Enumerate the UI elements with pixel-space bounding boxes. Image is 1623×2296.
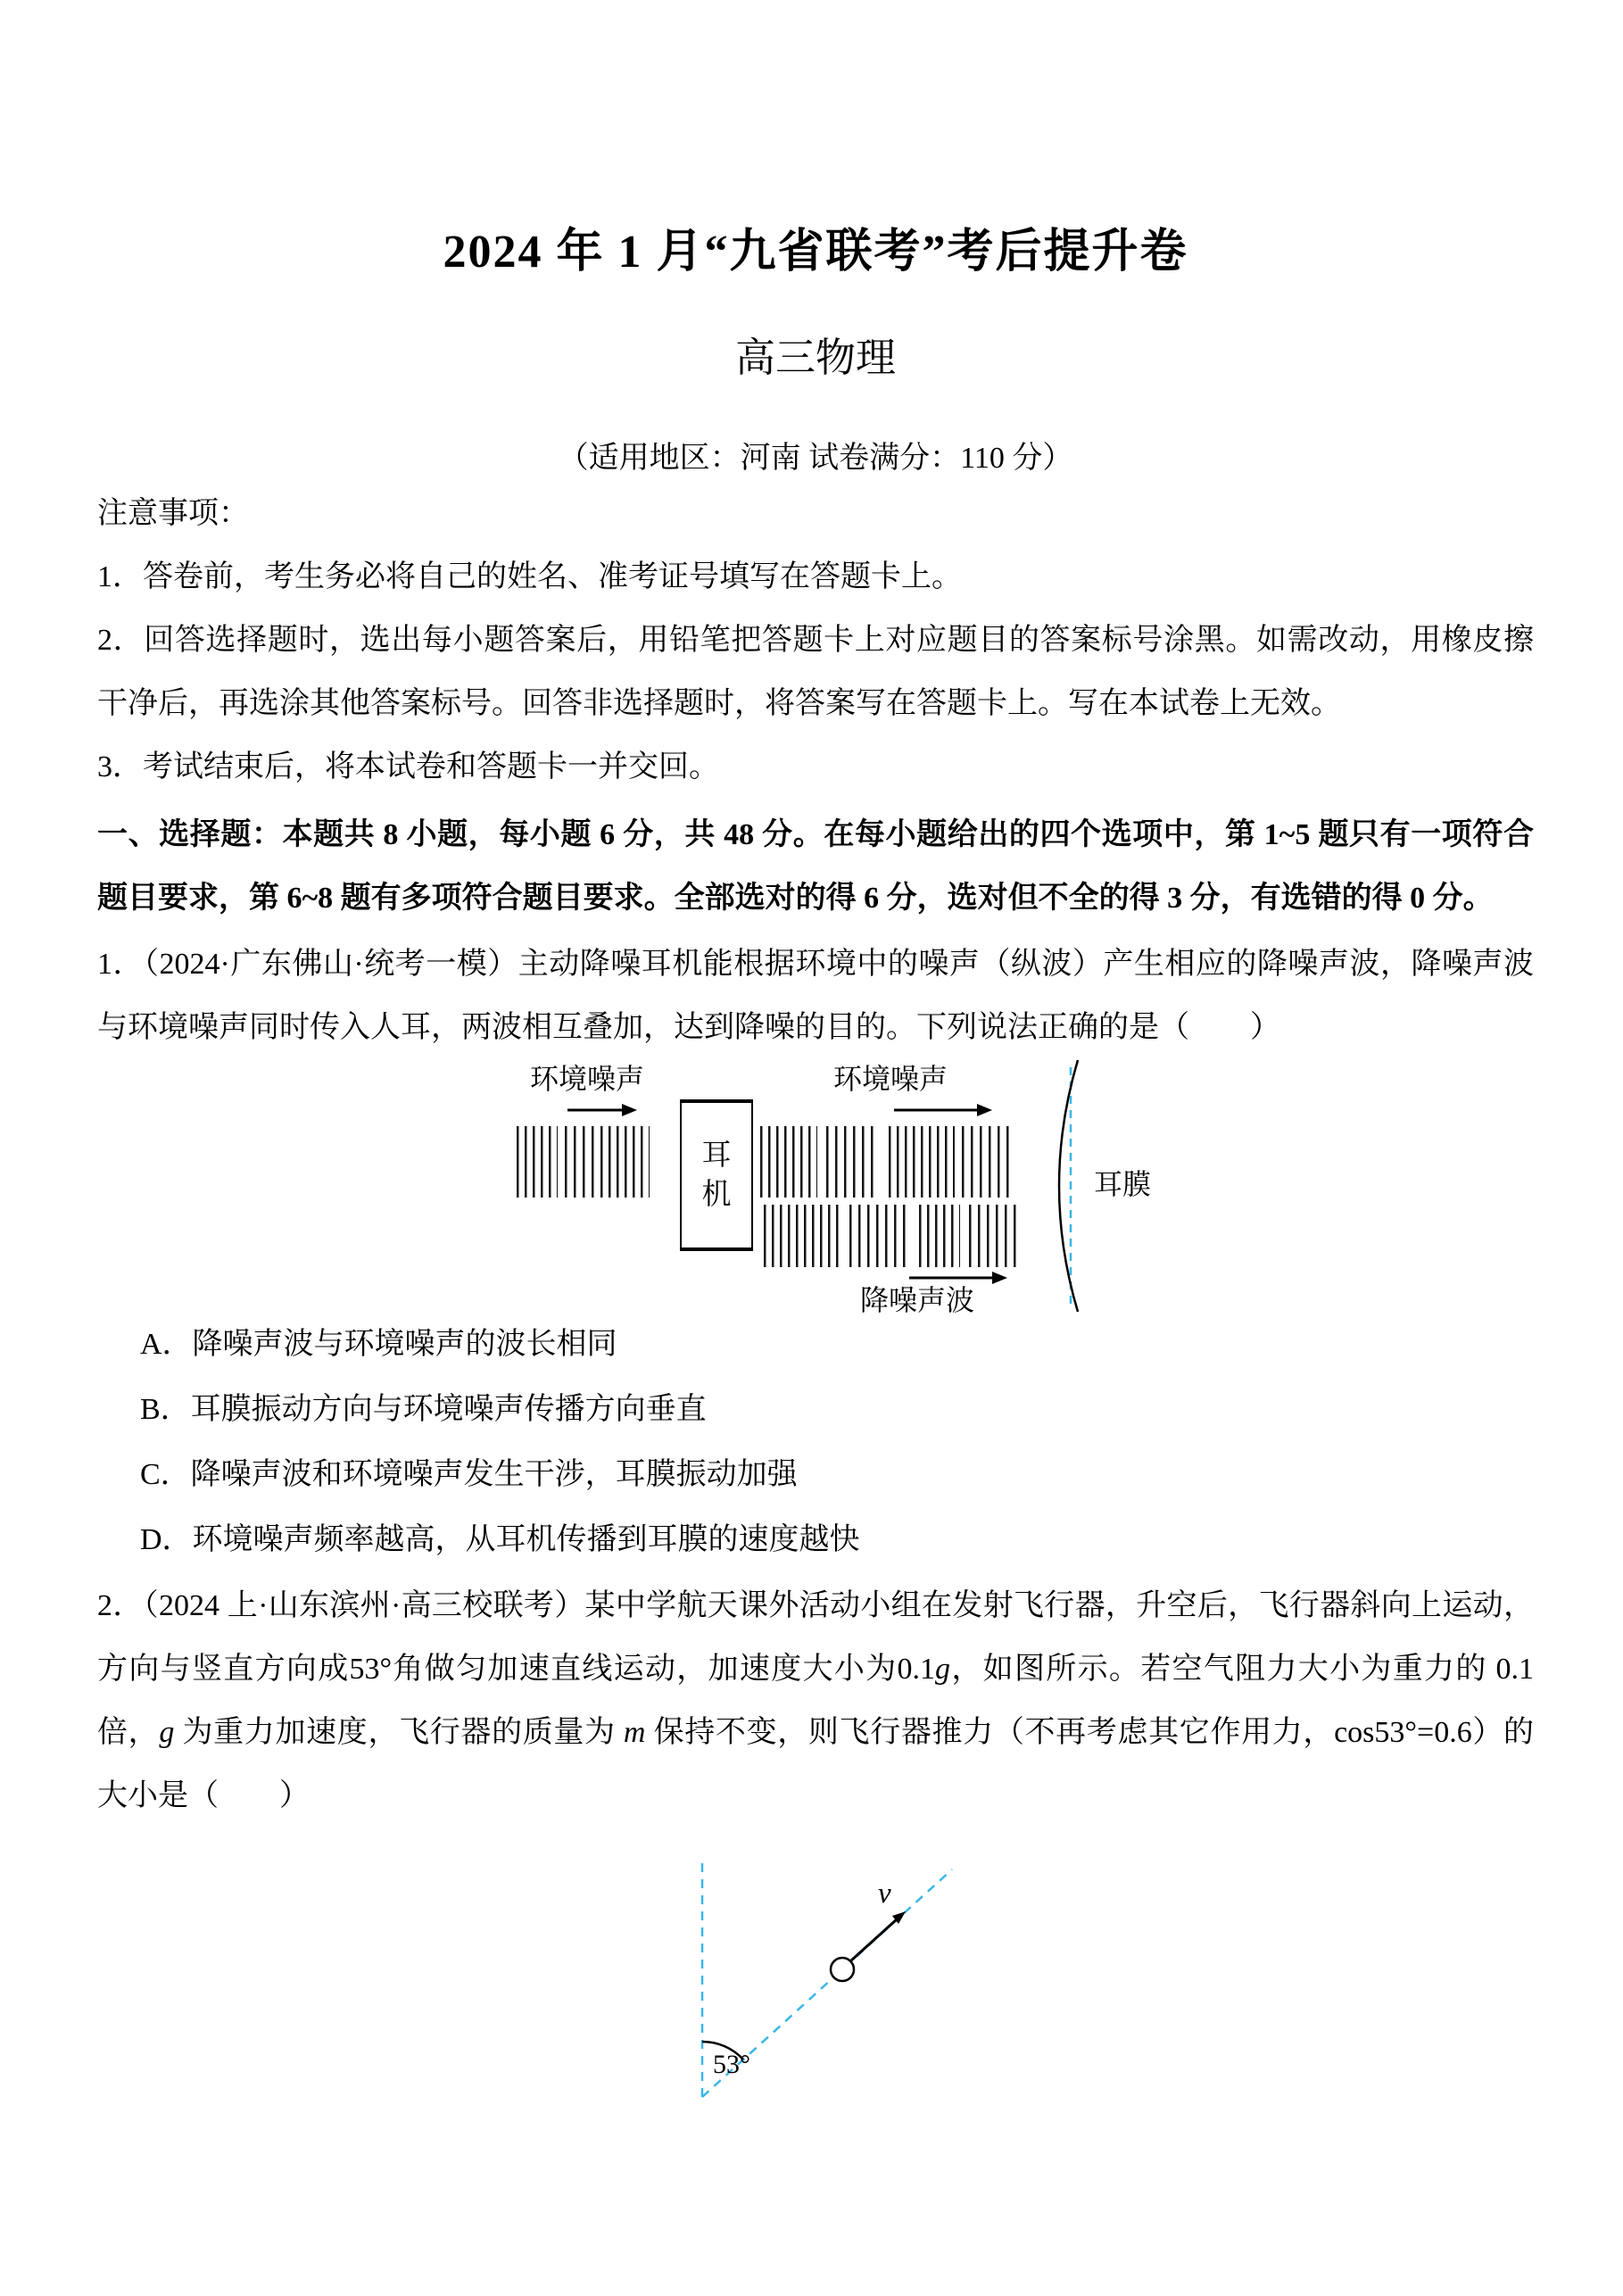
section-1-heading: 一、选择题：本题共 8 小题，每小题 6 分，共 48 分。在每小题给出的四个选…	[97, 803, 1534, 930]
q1-options: A．降噪声波与环境噪声的波长相同 B．耳膜振动方向与环境噪声传播方向垂直 C．降…	[97, 1312, 1534, 1572]
velocity-angle-diagram: 53° v	[658, 1856, 997, 2124]
earphone-char-top: 耳	[702, 1136, 732, 1175]
arrow-right-icon	[909, 1271, 1007, 1285]
eardrum-label: 耳膜	[1094, 1169, 1151, 1199]
denoise-wave-label: 降噪声波	[860, 1285, 974, 1315]
q2-figure: 53° v	[658, 1856, 997, 2124]
q2-variable-g: g	[159, 1716, 174, 1749]
note-item-3: 3．考试结束后，将本试卷和答题卡一并交回。	[97, 735, 1534, 799]
eardrum-curve	[1037, 1057, 1094, 1315]
notes-label: 注意事项：	[97, 482, 1534, 545]
q1-option-b: B．耳膜振动方向与环境噪声传播方向垂直	[97, 1377, 1534, 1442]
paper-info-line: （适用地区：河南 试卷满分：110 分）	[97, 439, 1534, 478]
wavefront-cluster-left	[517, 1126, 655, 1198]
arrow-right-icon	[894, 1103, 992, 1117]
earphone-box: 耳 机	[680, 1099, 753, 1251]
env-noise-label-left: 环境噪声	[530, 1064, 644, 1094]
q1-option-c: C．降噪声波和环境噪声发生干涉，耳膜振动加强	[97, 1442, 1534, 1507]
q1-option-d: D．环境噪声频率越高，从耳机传播到耳膜的速度越快	[97, 1507, 1534, 1572]
aircraft-marker	[831, 1958, 854, 1981]
q2-variable-m: m	[624, 1716, 646, 1749]
q1-option-a: A．降噪声波与环境噪声的波长相同	[97, 1312, 1534, 1377]
note-item-2: 2．回答选择题时，选出每小题答案后，用铅笔把答题卡上对应题目的答案标号涂黑。如需…	[97, 609, 1534, 735]
velocity-label: v	[878, 1877, 891, 1910]
question-2-stem: 2．（2024 上·山东滨州·高三校联考）某中学航天课外活动小组在发射飞行器，升…	[97, 1574, 1534, 1828]
arrow-right-icon	[567, 1103, 637, 1117]
velocity-arrow	[851, 1919, 898, 1960]
q2-stem-part-3: 为重力加速度，飞行器的质量为	[174, 1716, 624, 1749]
paper-title: 2024 年 1 月“九省联考”考后提升卷	[97, 224, 1534, 281]
notes-block: 注意事项： 1．答卷前，考生务必将自己的姓名、准考证号填写在答题卡上。 2．回答…	[97, 482, 1534, 799]
question-1-stem: 1．（2024·广东佛山·统考一模）主动降噪耳机能根据环境中的噪声（纵波）产生相…	[97, 932, 1534, 1059]
env-noise-label-right: 环境噪声	[833, 1064, 948, 1094]
exam-paper-page: 2024 年 1 月“九省联考”考后提升卷 高三物理 （适用地区：河南 试卷满分…	[0, 0, 1623, 2296]
earphone-char-bottom: 机	[702, 1175, 732, 1214]
page-content: 2024 年 1 月“九省联考”考后提升卷 高三物理 （适用地区：河南 试卷满分…	[0, 0, 1623, 2124]
wavefront-cluster-lower-right	[764, 1205, 1026, 1267]
q2-variable-g: g	[935, 1653, 950, 1686]
angle-value-label: 53°	[713, 2050, 750, 2079]
note-item-1: 1．答卷前，考生务必将自己的姓名、准考证号填写在答题卡上。	[97, 545, 1534, 609]
wavefront-cluster-upper-right	[760, 1126, 1021, 1198]
paper-subject: 高三物理	[97, 333, 1534, 383]
q1-figure: 环境噪声 耳 机 环境噪声	[503, 1057, 1155, 1314]
